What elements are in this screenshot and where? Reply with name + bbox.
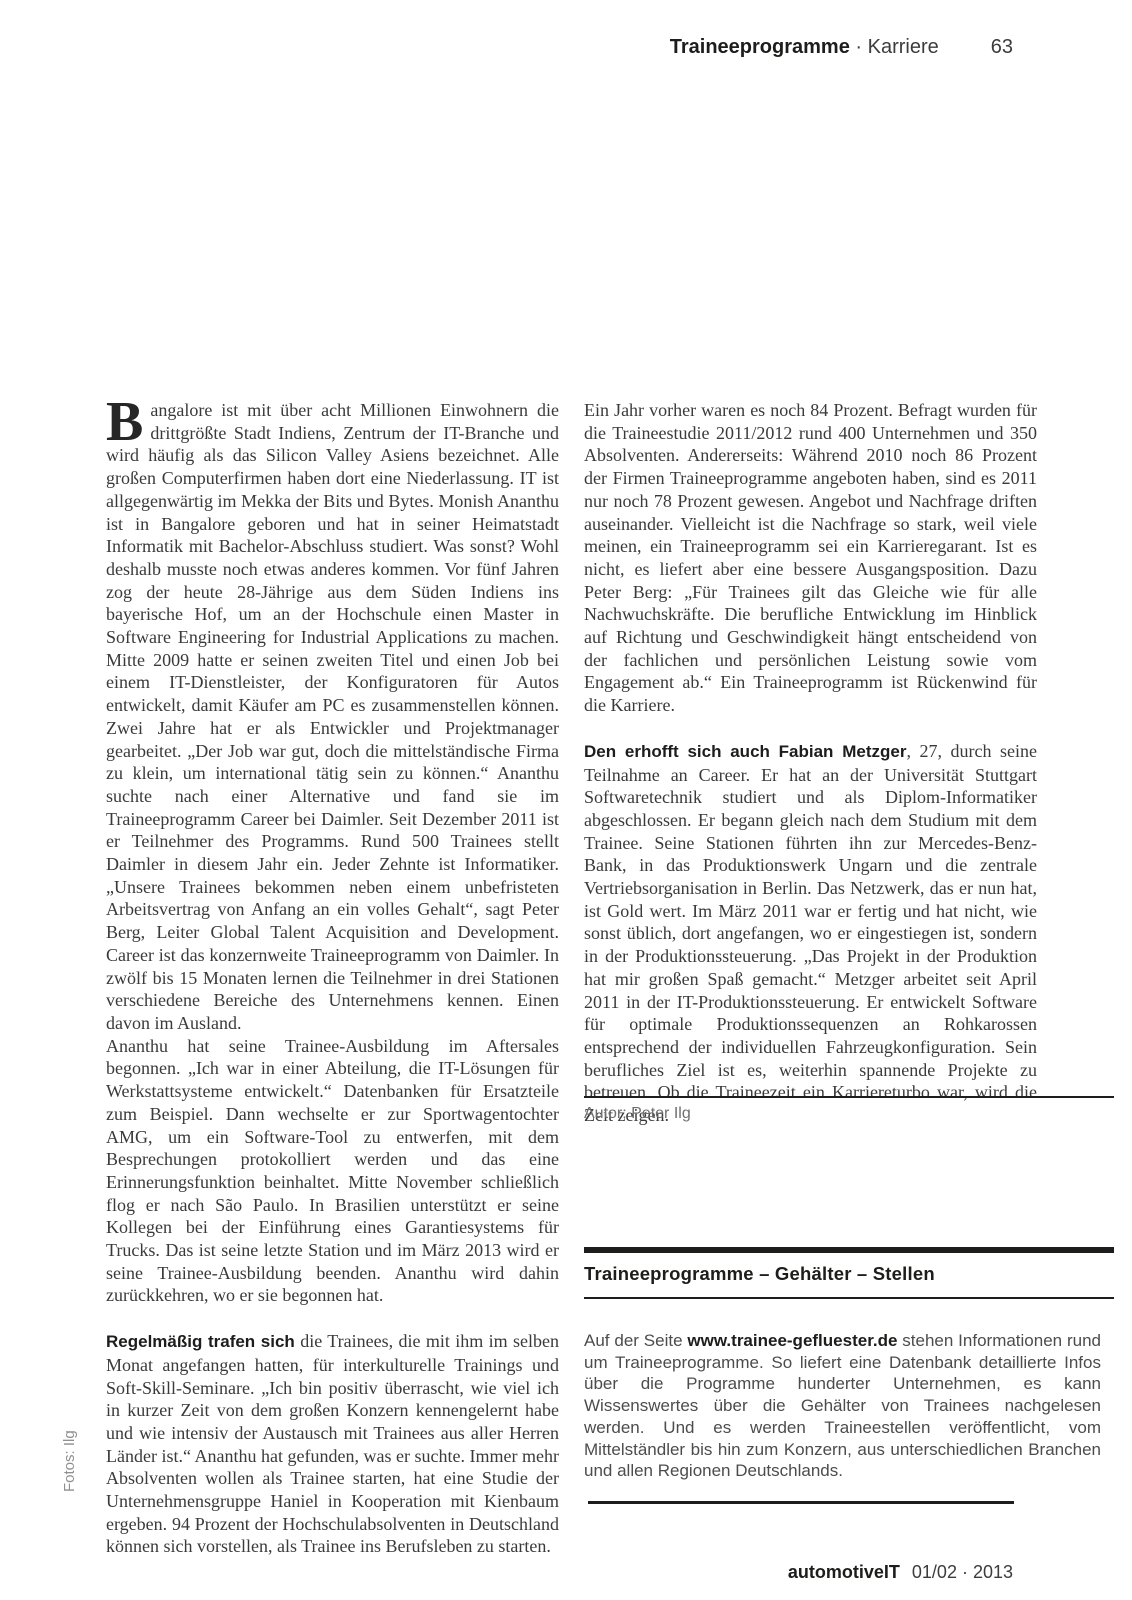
info-box-text: stehen Informationen rund um Traineeprog… (584, 1331, 1101, 1480)
page-number: 63 (991, 36, 1013, 59)
paragraph-text: Ein Jahr vorher waren es noch 84 Prozent… (584, 400, 1037, 715)
article-paragraph: Ananthu hat seine Trainee-Ausbildung im … (106, 1035, 559, 1307)
info-box-text: Auf der Seite (584, 1331, 687, 1350)
paragraph-lead-bold: Den erhofft sich auch Fabian Metzger (584, 742, 906, 761)
info-box-top-bar (584, 1247, 1114, 1253)
magazine-page: Traineeprogramme · Karriere 63 Fotos: Il… (0, 0, 1132, 1600)
paragraph-text: Ananthu hat seine Trainee-Ausbildung im … (106, 1036, 559, 1306)
url-text: www.trainee-gefluester.de (687, 1331, 897, 1350)
photo-credit: Fotos: Ilg (61, 1430, 78, 1492)
author-block: Autor: Peter Ilg (584, 1096, 1114, 1123)
paragraph-lead-bold: Regelmäßig trafen sich (106, 1332, 295, 1351)
article-paragraph: Bangalore ist mit über acht Millionen Ei… (106, 399, 559, 1035)
drop-cap: B (106, 399, 150, 444)
article-paragraph: Ein Jahr vorher waren es noch 84 Prozent… (584, 399, 1037, 717)
page-footer: automotiveIT01/02 · 2013 (768, 1541, 1013, 1600)
article-paragraph: Den erhofft sich auch Fabian Metzger, 27… (584, 740, 1037, 1127)
paragraph-text: angalore ist mit über acht Millionen Ein… (106, 400, 559, 1033)
issue-label: 01/02 · 2013 (912, 1562, 1013, 1582)
info-box-title: Traineeprogramme – Gehälter – Stellen (584, 1263, 1114, 1285)
magazine-name: automotiveIT (788, 1562, 900, 1582)
info-box-divider-rule (584, 1297, 1114, 1299)
article-left-column: Bangalore ist mit über acht Millionen Ei… (106, 399, 559, 1558)
header-section-label: Traineeprogramme (670, 36, 850, 59)
header-subsection-label: · Karriere (850, 36, 939, 59)
page-header: Traineeprogramme · Karriere 63 (670, 36, 1013, 59)
info-box: Traineeprogramme – Gehälter – Stellen Au… (584, 1247, 1114, 1482)
author-label: Autor: Peter Ilg (584, 1105, 691, 1122)
article-right-column: Ein Jahr vorher waren es noch 84 Prozent… (584, 399, 1037, 1127)
article-paragraph: Regelmäßig trafen sich die Trainees, die… (106, 1330, 559, 1558)
info-box-body: Auf der Seite www.trainee-gefluester.de … (584, 1330, 1101, 1482)
bottom-rule (588, 1501, 1014, 1504)
paragraph-text: , 27, durch seine Teilnahme an Career. E… (584, 741, 1037, 1125)
paragraph-text: die Trainees, die mit ihm im selben Mona… (106, 1331, 559, 1556)
